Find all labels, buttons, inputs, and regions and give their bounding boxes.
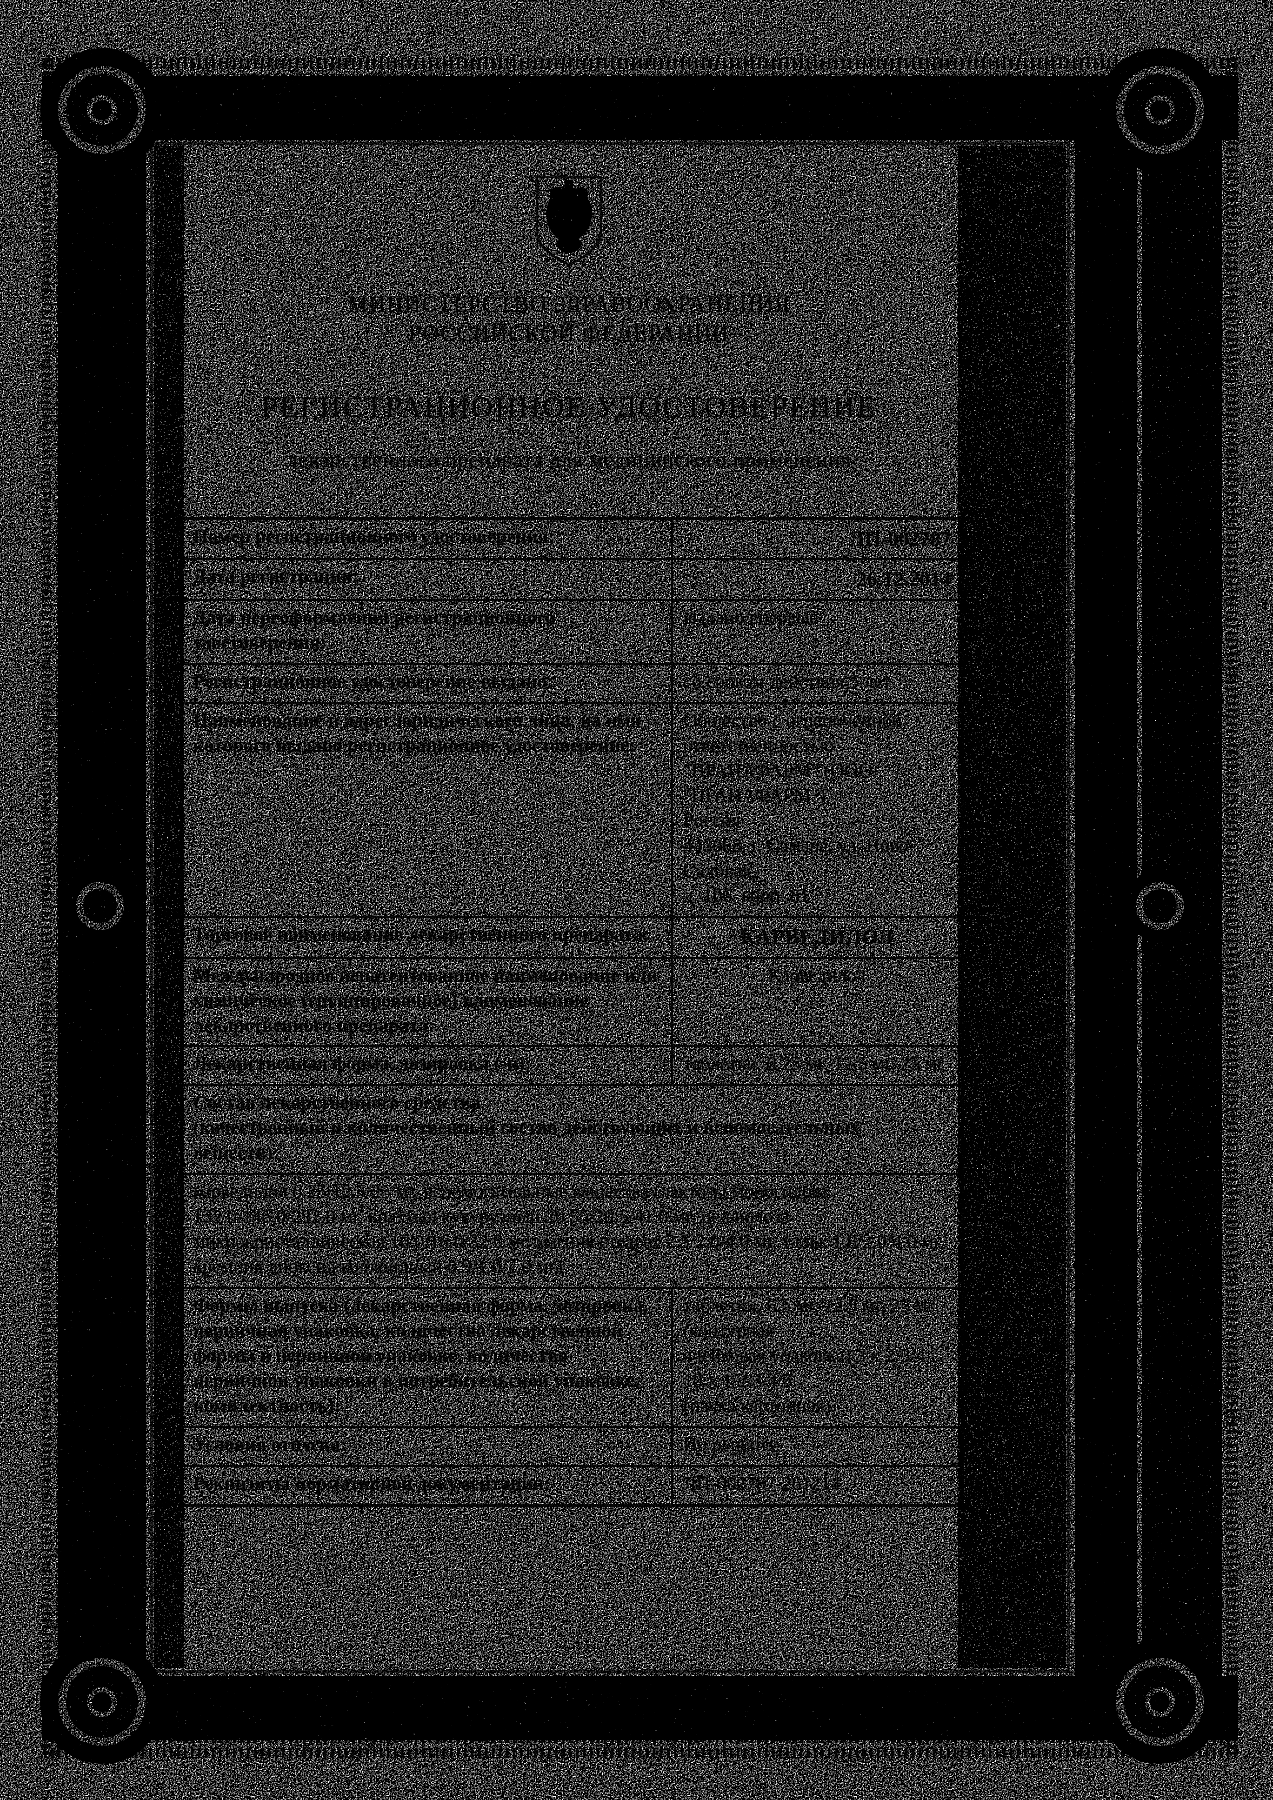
table-row-composition-header: Состав лекарственного средства (качестве… [183,1084,961,1173]
row-label: Формы выпуска (лекарственная форма, дози… [183,1289,673,1426]
row-label: Реквизиты нормативной документации: [183,1467,673,1504]
row-label: Лекарственная форма, дозировка (-и): [183,1047,673,1084]
corner-medallion-top-left [40,48,164,172]
row-value: карведилол 6.25/12.5/25 мг, вспомогатель… [183,1175,961,1287]
left-tick-comb [42,58,58,1758]
table-row-dispensing-conditions: Условия отпуска: По рецепту [183,1426,961,1465]
mid-medallion-left [64,870,136,942]
row-value: таблетки, 6.5 мг, 12.5 мг, 25 мг (контур… [673,1289,961,1426]
bottom-tick-comb [42,1740,1238,1758]
serial-number: 010554 [958,1568,1058,1592]
row-label: Наименование и адрес юридического лица, … [183,704,673,916]
table-row-registration-number: Номер регистрационного удостоверения: ЛП… [183,520,961,559]
top-tick-comb [42,58,1238,76]
ministry-name: МИНИСТЕРСТВО ЗДРАВООХРАНЕНИЯ РОССИЙСКОЙ … [180,291,958,349]
table-row-composition: карведилол 6.25/12.5/25 мг, вспомогатель… [183,1173,961,1287]
row-value: По рецепту [673,1428,961,1465]
table-row-trade-name: Торговое наименование лекарственного пре… [183,916,961,957]
mid-medallion-right [1124,870,1196,942]
corner-medallion-top-right [1098,48,1222,172]
row-value: ЛП-002787 [673,520,961,559]
row-label: Состав лекарственного средства (качестве… [183,1086,961,1173]
row-label: Торговое наименование лекарственного пре… [183,918,673,957]
table-row-legal-entity: Наименование и адрес юридического лица, … [183,702,961,916]
row-value: со сроком действия 5 лет [673,665,961,702]
ministry-line1: МИНИСТЕРСТВО ЗДРАВООХРАНЕНИЯ [180,291,958,320]
registry-table: Номер регистрационного удостоверения: ЛП… [180,517,964,1507]
document-title: РЕГИСТРАЦИОННОЕ УДОСТОВЕРЕНИЕ [180,391,958,425]
row-value: таблетки, 6.25 мг, 12.5 мг, 25 мг [673,1047,961,1084]
row-value: КАРВЕДИЛОЛ [673,918,961,957]
ministry-line2: РОССИЙСКОЙ ФЕДЕРАЦИИ [180,320,958,349]
corner-medallion-bottom-left [40,1640,164,1764]
table-row-reissue-date: Дата переоформления регистрационного удо… [183,599,961,663]
table-row-issued-for: Регистрационное удостоверение выдано: со… [183,663,961,702]
coat-of-arms-icon [531,172,607,270]
row-label: Дата переоформления регистрационного удо… [183,601,673,663]
table-row-normative-docs: Реквизиты нормативной документации: ЛП-0… [183,1465,961,1504]
row-label: Регистрационное удостоверение выдано: [183,665,673,702]
row-label: Условия отпуска: [183,1428,673,1465]
row-value: Общество с ограниченной ответственностью… [673,704,961,916]
row-label: Дата регистрации: [183,560,673,599]
right-tick-comb [1222,58,1238,1758]
bottom-border-band [42,1676,1238,1740]
certificate-document: МИНИСТЕРСТВО ЗДРАВООХРАНЕНИЯ РОССИЙСКОЙ … [180,172,958,1507]
document-subtitle: лекарственного препарата для медицинског… [180,447,958,473]
row-value: Карведилол [673,959,961,1046]
table-row-dosage-form: Лекарственная форма, дозировка (-и): таб… [183,1045,961,1084]
corner-medallion-bottom-right [1098,1640,1222,1764]
row-label: Номер регистрационного удостоверения: [183,520,673,559]
top-border-band [42,76,1238,140]
table-row-inn-name: Международное непатентованное наименован… [183,957,961,1046]
row-label: Международное непатентованное наименован… [183,959,673,1046]
row-value: 26.12.2014 [673,560,961,599]
row-value: выдано впервые [673,601,961,663]
table-row-release-forms: Формы выпуска (лекарственная форма, дози… [183,1287,961,1426]
row-value: ЛП-002787-261214 [673,1467,961,1504]
table-row-registration-date: Дата регистрации: 26.12.2014 [183,558,961,599]
